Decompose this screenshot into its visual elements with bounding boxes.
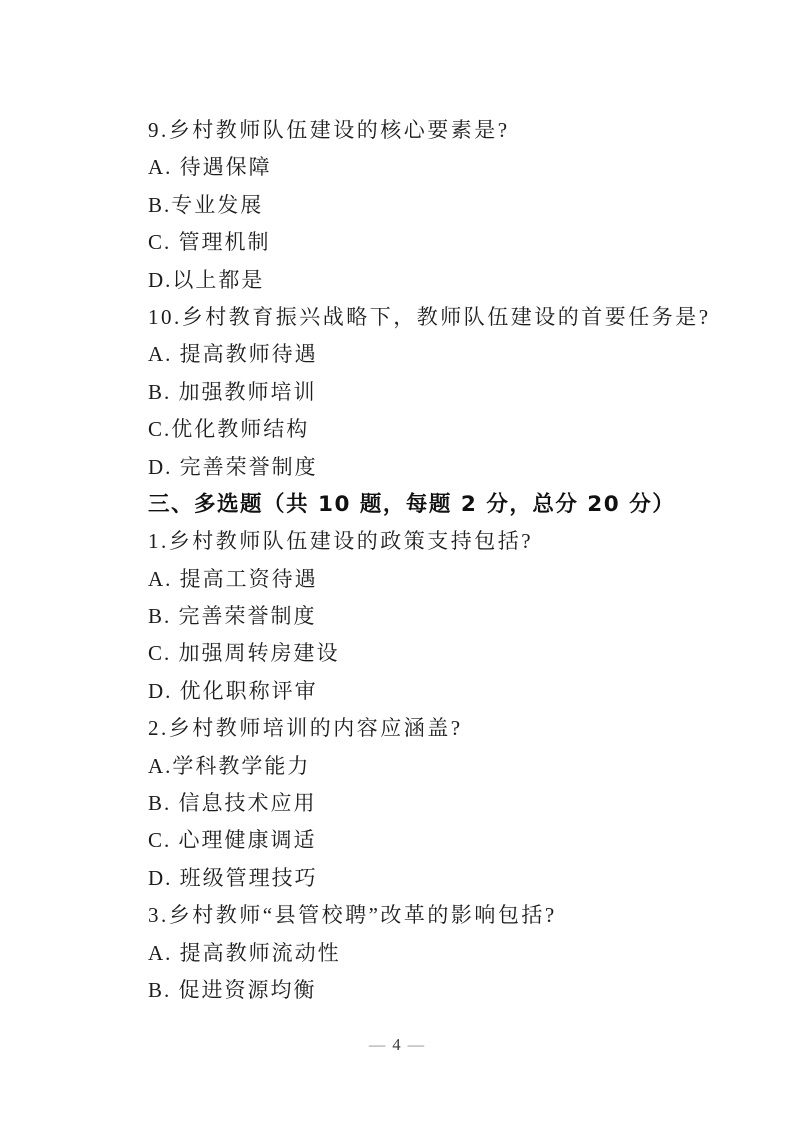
question-10-option-c: C.优化教师结构 <box>148 411 683 448</box>
mc-question-1-option-b: B. 完善荣誉制度 <box>148 598 683 635</box>
mc-question-3-option-b: B. 促进资源均衡 <box>148 972 683 1009</box>
question-9-option-c: C. 管理机制 <box>148 224 683 261</box>
document-page: 9.乡村教师队伍建设的核心要素是? A. 待遇保障 B.专业发展 C. 管理机制… <box>0 0 793 1122</box>
mc-question-1-option-c: C. 加强周转房建设 <box>148 635 683 672</box>
exam-text-body: 9.乡村教师队伍建设的核心要素是? A. 待遇保障 B.专业发展 C. 管理机制… <box>148 112 683 1009</box>
question-9-option-a: A. 待遇保障 <box>148 149 683 186</box>
page-number-footer: —4— <box>0 1034 793 1056</box>
mc-question-2-option-a: A.学科教学能力 <box>148 748 683 785</box>
question-10-option-b: B. 加强教师培训 <box>148 374 683 411</box>
question-10-option-a: A. 提高教师待遇 <box>148 336 683 373</box>
footer-left-dash: — <box>362 1035 393 1054</box>
mc-question-2-option-c: C. 心理健康调适 <box>148 822 683 859</box>
mc-question-2-option-d: D. 班级管理技巧 <box>148 860 683 897</box>
mc-question-1-option-a: A. 提高工资待遇 <box>148 561 683 598</box>
mc-question-2-option-b: B. 信息技术应用 <box>148 785 683 822</box>
mc-question-2-text: 2.乡村教师培训的内容应涵盖? <box>148 710 683 747</box>
mc-question-1-option-d: D. 优化职称评审 <box>148 673 683 710</box>
mc-question-3-option-a: A. 提高教师流动性 <box>148 935 683 972</box>
section-heading-multiple-choice: 三、多选题（共 10 题，每题 2 分，总分 20 分） <box>148 486 683 523</box>
question-10-text: 10.乡村教育振兴战略下，教师队伍建设的首要任务是? <box>148 299 683 336</box>
footer-right-dash: — <box>401 1035 432 1054</box>
question-9-option-b: B.专业发展 <box>148 187 683 224</box>
question-10-option-d: D. 完善荣誉制度 <box>148 449 683 486</box>
mc-question-3-text: 3.乡村教师“县管校聘”改革的影响包括? <box>148 897 683 934</box>
question-9-option-d: D.以上都是 <box>148 262 683 299</box>
question-9-text: 9.乡村教师队伍建设的核心要素是? <box>148 112 683 149</box>
page-number: 4 <box>392 1035 400 1054</box>
mc-question-1-text: 1.乡村教师队伍建设的政策支持包括? <box>148 523 683 560</box>
